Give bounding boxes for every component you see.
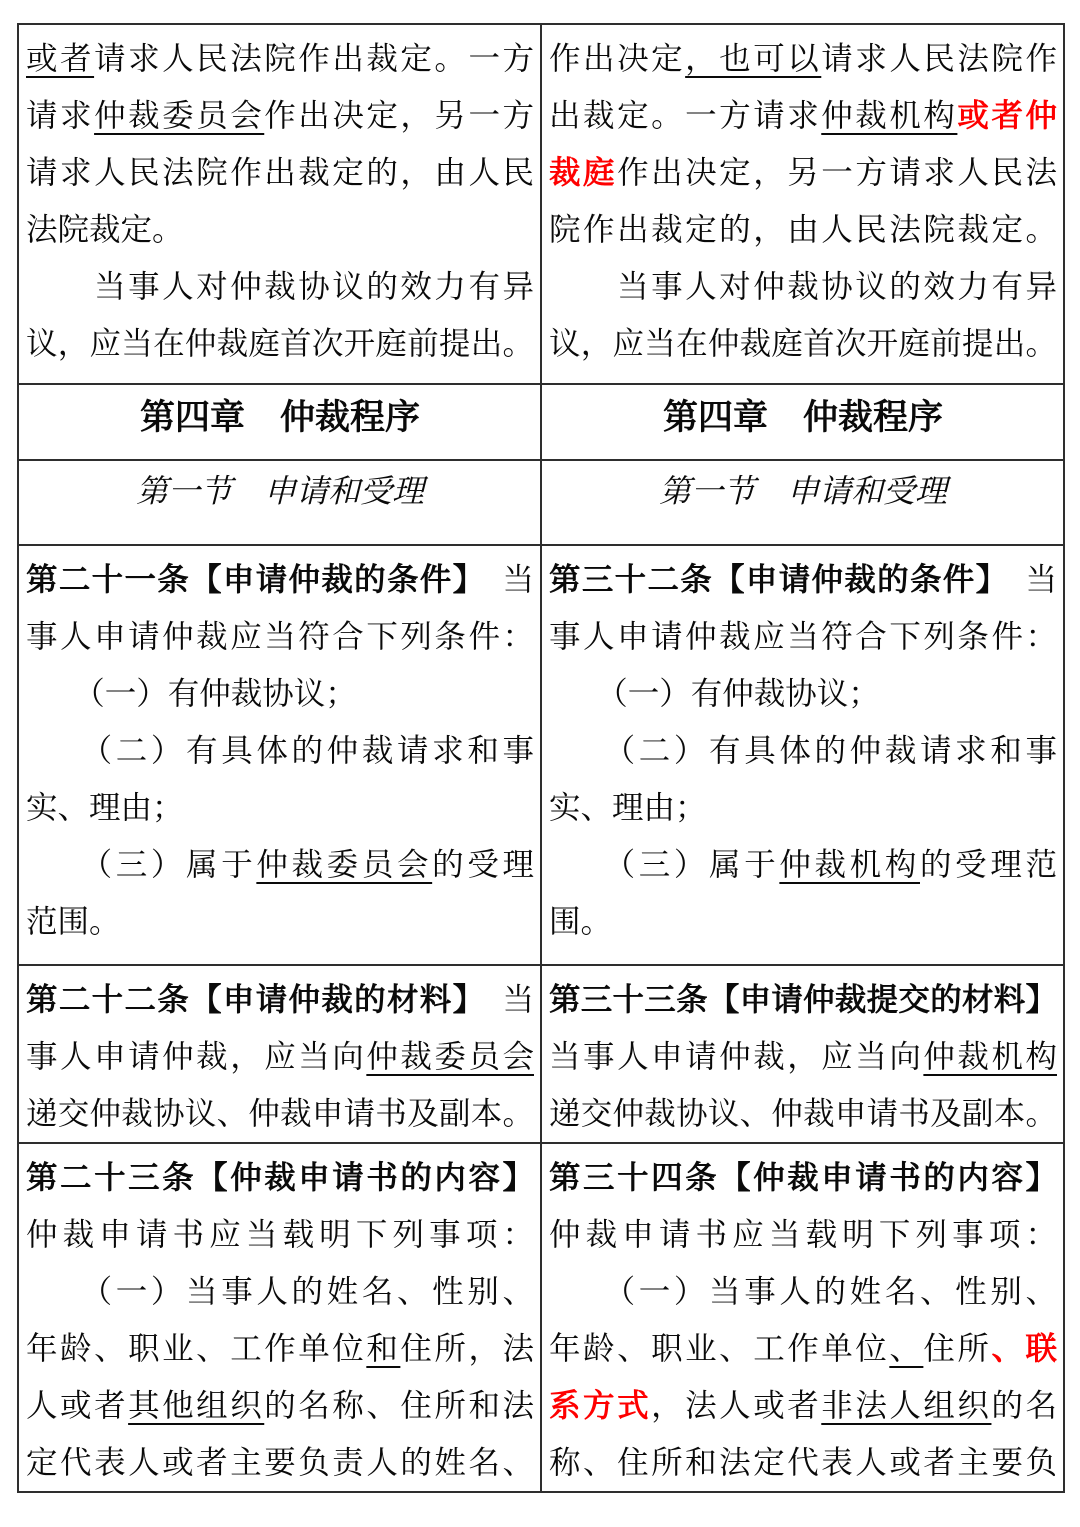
text-segment: 的受理 <box>432 847 534 882</box>
new-law-cell: 第三十二条【申请仲裁的条件】 当事人申请仲裁应当符合下列条件： （一）有仲裁协议… <box>541 545 1064 965</box>
text-segment: 议，应当在仲裁庭首次开庭前提出。 <box>26 326 534 361</box>
added-red-text: 、联 <box>991 1331 1057 1366</box>
section-heading: 第一节 申请和受理 <box>26 466 534 512</box>
table-row: 或者请求人民法院作出裁定。一方请求仲裁委员会作出决定，另一方请求人民法院作出裁定… <box>18 24 1064 384</box>
text-segment: 作出决定，另一方请求人民法 <box>617 155 1057 190</box>
text-line: 裁庭作出决定，另一方请求人民法 <box>549 144 1057 201</box>
text-line: 事人申请仲裁，应当向仲裁委员会 <box>26 1028 534 1085</box>
text-line: 当事人对仲裁协议的效力有异 <box>26 258 534 315</box>
text-segment: 当事人对仲裁协议的效力有异 <box>26 269 534 304</box>
text-line: 人或者其他组织的名称、住所和法 <box>26 1377 534 1434</box>
text-line: （二）有具体的仲裁请求和事 <box>26 722 534 779</box>
text-segment: 议，应当在仲裁庭首次开庭前提出。 <box>549 326 1057 361</box>
added-red-text: 系方式 <box>549 1388 651 1423</box>
text-line: 仲裁申请书应当载明下列事项： <box>549 1206 1057 1263</box>
text-segment: （二）有具体的仲裁请求和事 <box>549 733 1057 768</box>
text-segment: 实、理由； <box>549 790 707 825</box>
text-line: 第二十一条【申请仲裁的条件】 当 <box>26 551 534 608</box>
text-line: 院作出裁定的，由人民法院裁定。 <box>549 201 1057 258</box>
text-segment: 当事人申请仲裁，应当向 <box>549 1039 923 1074</box>
text-segment: 定代表人或者主要负责人的姓名、 <box>26 1445 534 1480</box>
text-segment: 事人申请仲裁应当符合下列条件： <box>549 619 1057 654</box>
revised-underline-text: 仲裁机构 <box>779 847 920 882</box>
text-line: 定代表人或者主要负责人的姓名、 <box>26 1434 534 1491</box>
text-line: 第二十三条【仲裁申请书的内容】 <box>26 1149 534 1206</box>
chapter-heading: 第四章 仲裁程序 <box>549 390 1057 440</box>
table-row: 第二十二条【申请仲裁的材料】 当事人申请仲裁，应当向仲裁委员会递交仲裁协议、仲裁… <box>18 965 1064 1143</box>
text-line: 范围。 <box>26 893 534 950</box>
text-segment: 请求人民法院作 <box>821 41 1057 76</box>
text-segment: 作出决定 <box>549 41 685 76</box>
text-line: 出裁定。一方请求仲裁机构或者仲 <box>549 87 1057 144</box>
text-line: （二）有具体的仲裁请求和事 <box>549 722 1057 779</box>
text-segment: 请求 <box>26 98 94 133</box>
text-segment: 住所 <box>923 1331 991 1366</box>
text-segment: 称、住所和法定代表人或者主要负 <box>549 1445 1057 1480</box>
text-line: （三）属于仲裁机构的受理范 <box>549 836 1057 893</box>
text-line: （一）当事人的姓名、性别、 <box>549 1263 1057 1320</box>
text-segment: 年龄、职业、工作单位 <box>549 1331 889 1366</box>
text-segment: （一）当事人的姓名、性别、 <box>26 1274 534 1309</box>
text-segment: 事人申请仲裁，应当向 <box>26 1039 366 1074</box>
text-segment: （三）属于 <box>549 847 779 882</box>
text-segment: ，法人或者 <box>651 1388 821 1423</box>
text-segment: 实、理由； <box>26 790 184 825</box>
text-line: 递交仲裁协议、仲裁申请书及副本。 <box>549 1085 1057 1142</box>
text-segment: 请求人民法院作出裁定。一方 <box>94 41 534 76</box>
text-line: 事人申请仲裁应当符合下列条件： <box>26 608 534 665</box>
new-law-cell: 第三十三条【申请仲裁提交的材料】当事人申请仲裁，应当向仲裁机构递交仲裁协议、仲裁… <box>541 965 1064 1143</box>
text-line: 当事人对仲裁协议的效力有异 <box>549 258 1057 315</box>
text-line: 或者请求人民法院作出裁定。一方 <box>26 30 534 87</box>
page: 或者请求人民法院作出裁定。一方请求仲裁委员会作出决定，另一方请求人民法院作出裁定… <box>0 0 1080 1527</box>
revised-underline-text: 仲裁委员会 <box>366 1039 534 1074</box>
text-segment: 的名 <box>991 1388 1057 1423</box>
text-segment: 年龄、职业、工作单位 <box>26 1331 366 1366</box>
article-heading-text: 第三十四条【仲裁申请书的内容】 <box>549 1160 1057 1195</box>
text-line: 议，应当在仲裁庭首次开庭前提出。 <box>549 315 1057 372</box>
text-segment: 出裁定。一方请求 <box>549 98 821 133</box>
revised-underline-text: 和 <box>366 1331 400 1366</box>
text-segment: 的受理范 <box>920 847 1057 882</box>
text-segment: （一）当事人的姓名、性别、 <box>549 1274 1057 1309</box>
revised-underline-text: 仲裁机构 <box>923 1039 1057 1074</box>
text-segment: （一）有仲裁协议； <box>26 676 357 711</box>
law-comparison-table: 或者请求人民法院作出裁定。一方请求仲裁委员会作出决定，另一方请求人民法院作出裁定… <box>17 23 1065 1493</box>
text-segment: 范围。 <box>26 904 121 939</box>
text-segment: 当 <box>470 982 534 1017</box>
text-segment: 仲裁申请书应当载明下列事项： <box>26 1217 534 1252</box>
text-segment: （二）有具体的仲裁请求和事 <box>26 733 534 768</box>
text-line: 当事人申请仲裁，应当向仲裁机构 <box>549 1028 1057 1085</box>
revised-underline-text: 仲裁委员会 <box>94 98 264 133</box>
text-line: 实、理由； <box>26 779 534 836</box>
old-law-cell: 第二十三条【仲裁申请书的内容】仲裁申请书应当载明下列事项： （一）当事人的姓名、… <box>18 1143 541 1492</box>
text-line: 第三十三条【申请仲裁提交的材料】 <box>549 971 1057 1028</box>
new-law-cell: 第三十四条【仲裁申请书的内容】仲裁申请书应当载明下列事项： （一）当事人的姓名、… <box>541 1143 1064 1492</box>
text-line: 第二十二条【申请仲裁的材料】 当 <box>26 971 534 1028</box>
text-line: 仲裁申请书应当载明下列事项： <box>26 1206 534 1263</box>
revised-underline-text: 、 <box>889 1331 923 1366</box>
revised-underline-text: 其他组织 <box>128 1388 264 1423</box>
table-row: 第一节 申请和受理第一节 申请和受理 <box>18 460 1064 545</box>
table-body: 或者请求人民法院作出裁定。一方请求仲裁委员会作出决定，另一方请求人民法院作出裁定… <box>18 24 1064 1492</box>
text-line: （一）当事人的姓名、性别、 <box>26 1263 534 1320</box>
revised-underline-text: 非法人组织 <box>821 1388 991 1423</box>
text-line: 法院裁定。 <box>26 201 534 258</box>
text-line: 称、住所和法定代表人或者主要负 <box>549 1434 1057 1491</box>
new-law-cell: 第四章 仲裁程序 <box>541 384 1064 460</box>
text-line: （一）有仲裁协议； <box>549 665 1057 722</box>
text-segment: 围。 <box>549 904 612 939</box>
text-segment: （三）属于 <box>26 847 256 882</box>
table-row: 第四章 仲裁程序第四章 仲裁程序 <box>18 384 1064 460</box>
new-law-cell: 第一节 申请和受理 <box>541 460 1064 545</box>
old-law-cell: 第二十一条【申请仲裁的条件】 当事人申请仲裁应当符合下列条件： （一）有仲裁协议… <box>18 545 541 965</box>
added-red-text: 裁庭 <box>549 155 617 190</box>
chapter-heading: 第四章 仲裁程序 <box>26 390 534 440</box>
text-line: 系方式，法人或者非法人组织的名 <box>549 1377 1057 1434</box>
old-law-cell: 第四章 仲裁程序 <box>18 384 541 460</box>
text-line: 请求人民法院作出裁定的，由人民 <box>26 144 534 201</box>
old-law-cell: 第二十二条【申请仲裁的材料】 当事人申请仲裁，应当向仲裁委员会递交仲裁协议、仲裁… <box>18 965 541 1143</box>
text-line: 递交仲裁协议、仲裁申请书及副本。 <box>26 1085 534 1142</box>
text-line: 第三十二条【申请仲裁的条件】 当 <box>549 551 1057 608</box>
text-segment: 当事人对仲裁协议的效力有异 <box>549 269 1057 304</box>
text-line: 年龄、职业、工作单位和住所，法 <box>26 1320 534 1377</box>
section-heading: 第一节 申请和受理 <box>549 466 1057 512</box>
text-segment: 法院裁定。 <box>26 212 184 247</box>
text-segment: （一）有仲裁协议； <box>549 676 880 711</box>
old-law-cell: 第一节 申请和受理 <box>18 460 541 545</box>
text-line: 议，应当在仲裁庭首次开庭前提出。 <box>26 315 534 372</box>
text-line: 年龄、职业、工作单位、住所、联 <box>549 1320 1057 1377</box>
revised-underline-text: 仲裁机构 <box>821 98 957 133</box>
added-red-text: 或者仲 <box>957 98 1057 133</box>
text-segment: 递交仲裁协议、仲裁申请书及副本。 <box>549 1096 1057 1131</box>
text-line: 第三十四条【仲裁申请书的内容】 <box>549 1149 1057 1206</box>
table-row: 第二十一条【申请仲裁的条件】 当事人申请仲裁应当符合下列条件： （一）有仲裁协议… <box>18 545 1064 965</box>
text-segment: 事人申请仲裁应当符合下列条件： <box>26 619 534 654</box>
text-line: 事人申请仲裁应当符合下列条件： <box>549 608 1057 665</box>
text-segment: 人或者 <box>26 1388 128 1423</box>
revised-underline-text: 或者 <box>26 41 94 76</box>
article-heading-text: 第三十三条【申请仲裁提交的材料】 <box>549 982 1057 1017</box>
text-segment: 住所，法 <box>400 1331 534 1366</box>
text-segment: 当 <box>993 562 1057 597</box>
text-segment: 的名称、住所和法 <box>264 1388 534 1423</box>
text-line: 围。 <box>549 893 1057 950</box>
article-heading-text: 第三十二条【申请仲裁的条件】 <box>549 562 993 597</box>
text-line: 实、理由； <box>549 779 1057 836</box>
article-heading-text: 第二十三条【仲裁申请书的内容】 <box>26 1160 534 1195</box>
article-heading-text: 第二十一条【申请仲裁的条件】 <box>26 562 470 597</box>
table-row: 第二十三条【仲裁申请书的内容】仲裁申请书应当载明下列事项： （一）当事人的姓名、… <box>18 1143 1064 1492</box>
text-segment: 请求人民法院作出裁定的，由人民 <box>26 155 534 190</box>
text-line: 作出决定，也可以请求人民法院作 <box>549 30 1057 87</box>
new-law-cell: 作出决定，也可以请求人民法院作出裁定。一方请求仲裁机构或者仲裁庭作出决定，另一方… <box>541 24 1064 384</box>
revised-underline-text: ，也可以 <box>685 41 821 76</box>
text-segment: 作出决定，另一方 <box>264 98 534 133</box>
text-line: （三）属于仲裁委员会的受理 <box>26 836 534 893</box>
article-heading-text: 第二十二条【申请仲裁的材料】 <box>26 982 470 1017</box>
revised-underline-text: 仲裁委员会 <box>256 847 432 882</box>
text-segment: 递交仲裁协议、仲裁申请书及副本。 <box>26 1096 534 1131</box>
old-law-cell: 或者请求人民法院作出裁定。一方请求仲裁委员会作出决定，另一方请求人民法院作出裁定… <box>18 24 541 384</box>
text-line: 请求仲裁委员会作出决定，另一方 <box>26 87 534 144</box>
text-segment: 院作出裁定的，由人民法院裁定。 <box>549 212 1057 247</box>
text-segment: 当 <box>470 562 534 597</box>
text-line: （一）有仲裁协议； <box>26 665 534 722</box>
text-segment: 仲裁申请书应当载明下列事项： <box>549 1217 1057 1252</box>
